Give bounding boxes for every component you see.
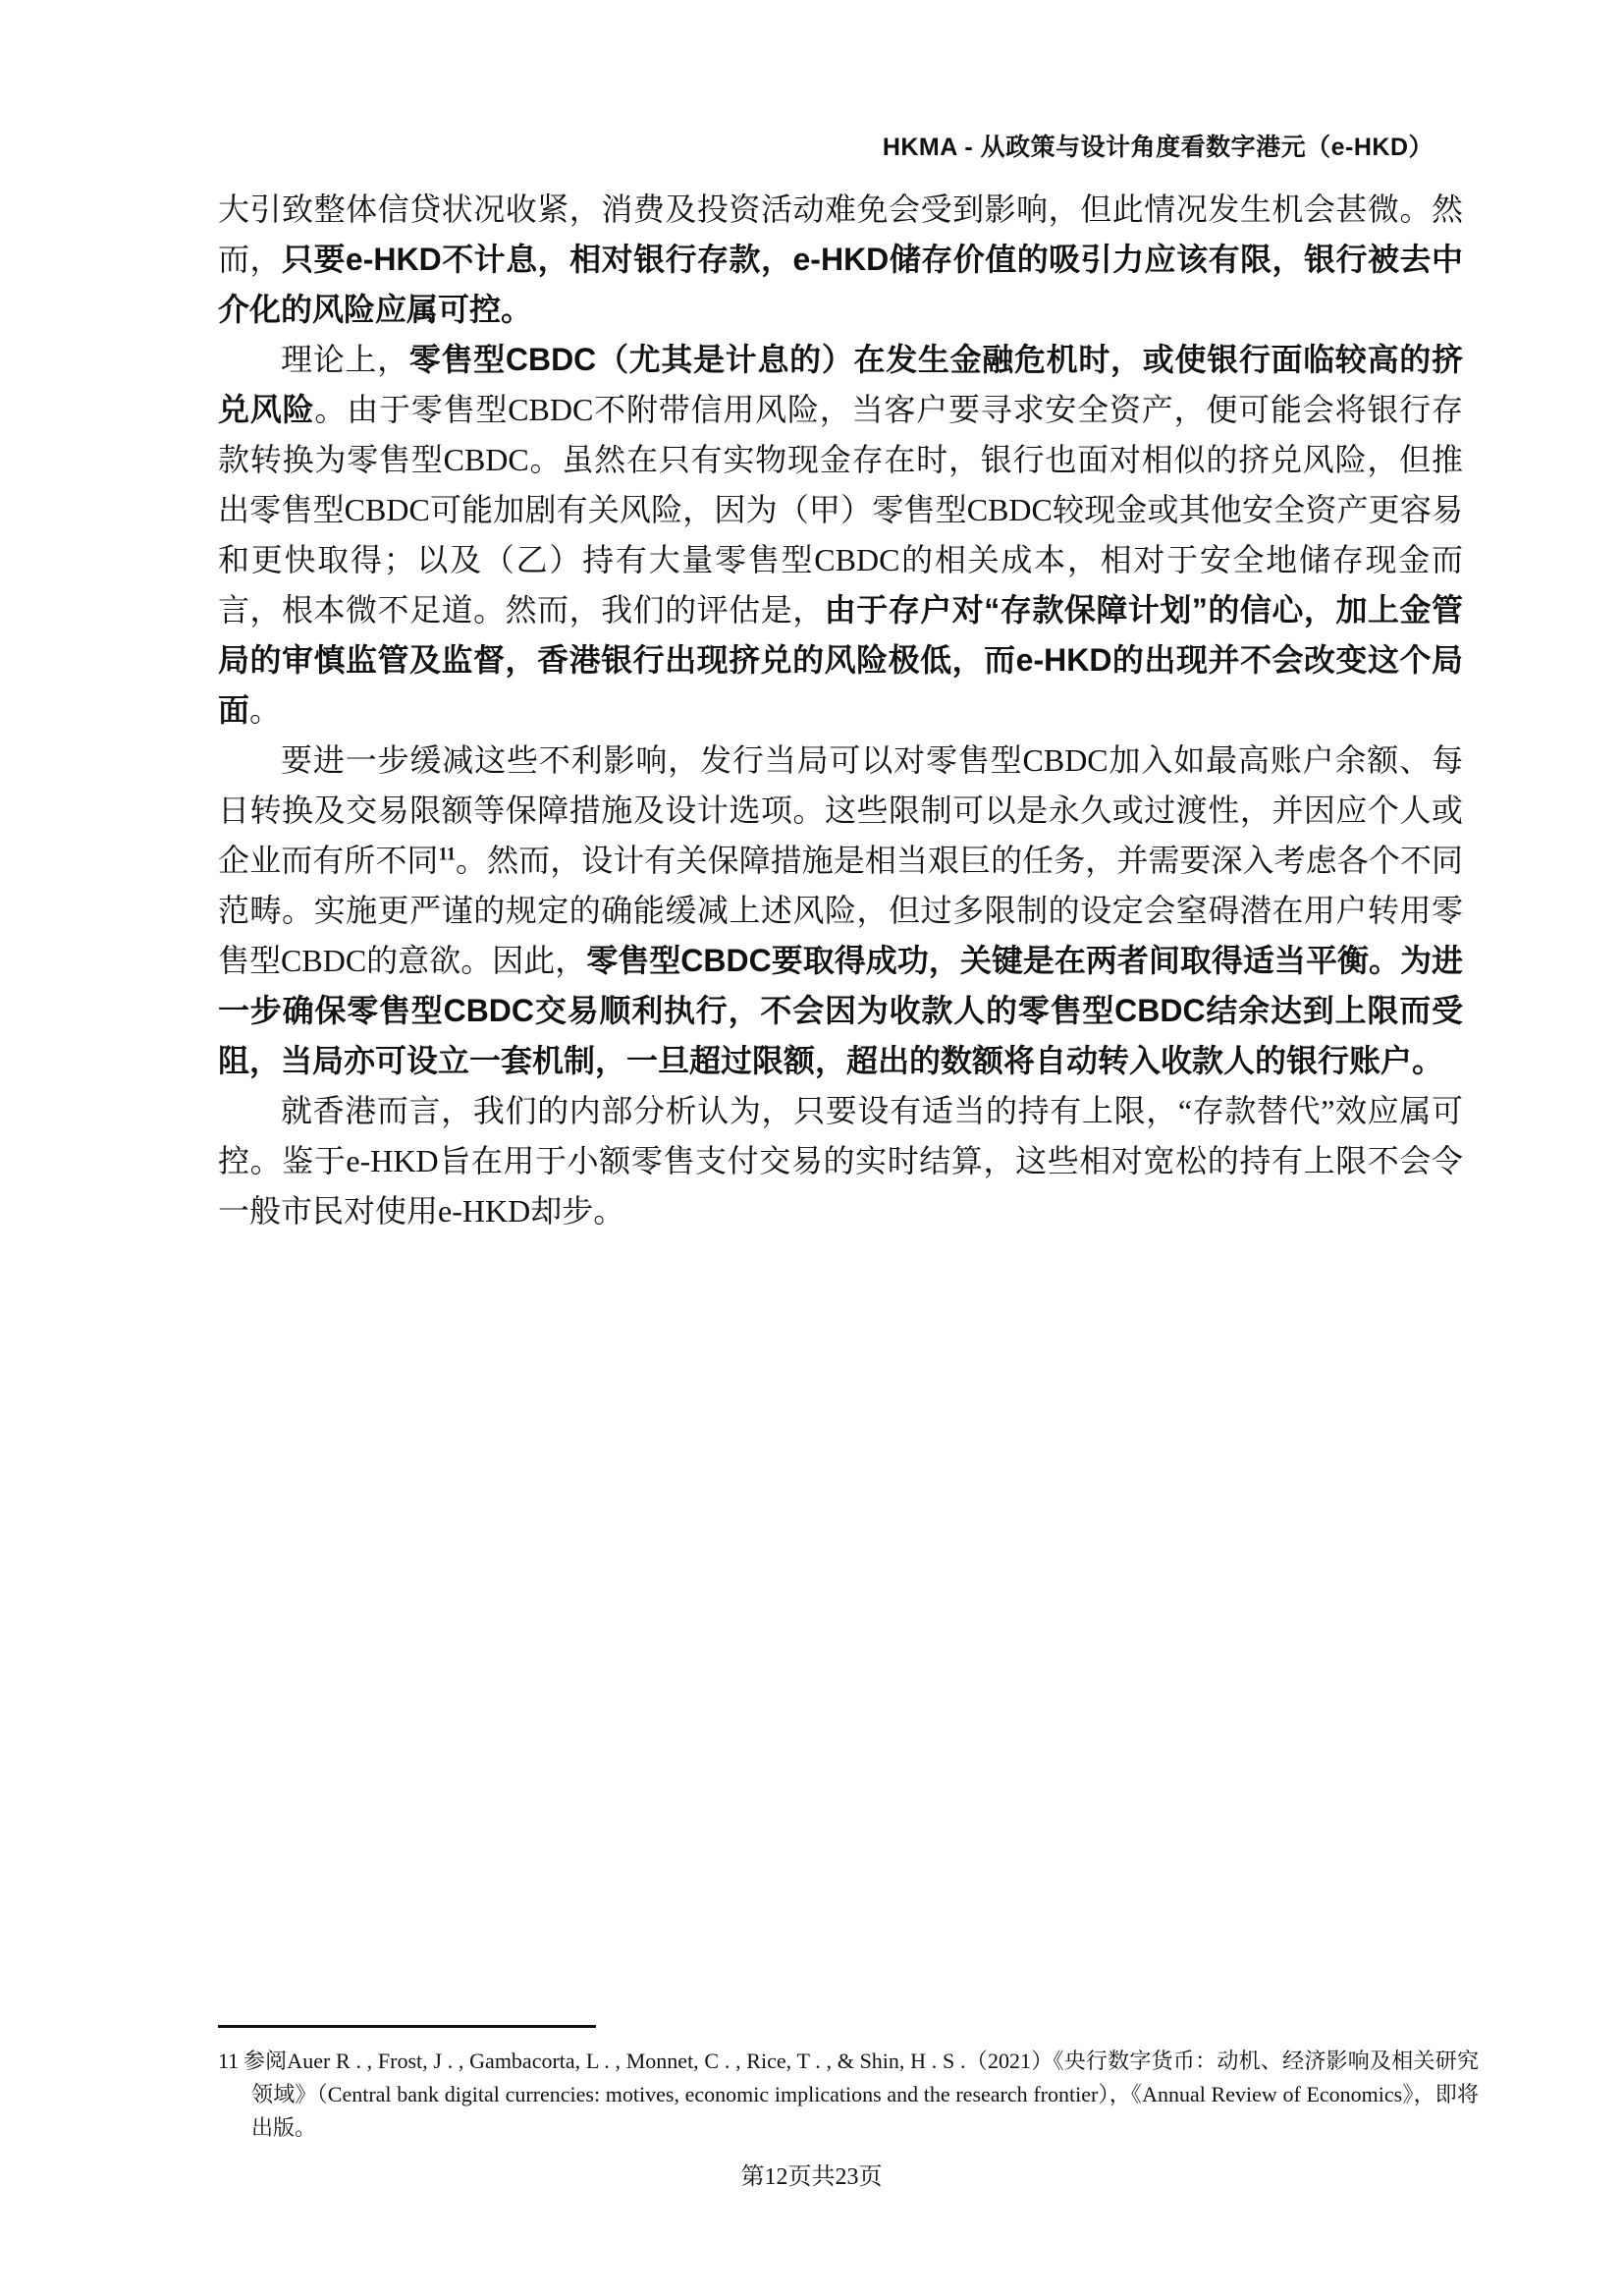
footnote: 11 参阅Auer R . , Frost, J . , Gambacorta,… (218, 2045, 1479, 2145)
document-page: HKMA - 从政策与设计角度看数字港元（e-HKD） 大引致整体信贷状况收紧，… (0, 0, 1623, 2296)
paragraph: 要进一步缓减这些不利影响，发行当局可以对零售型CBDC加入如最高账户余额、每日转… (218, 736, 1463, 1086)
document-header-title: HKMA - 从政策与设计角度看数字港元（e-HKD） (883, 128, 1434, 163)
footnote-text: 参阅Auer R . , Frost, J . , Gambacorta, L … (243, 2049, 1479, 2140)
text-run: 。 (249, 692, 281, 728)
text-run: 就香港而言，我们的内部分析认为，只要设有适当的持有上限，“存款替代”效应属可控。… (218, 1093, 1463, 1229)
footnote-separator (218, 2025, 596, 2028)
paragraph: 就香港而言，我们的内部分析认为，只要设有适当的持有上限，“存款替代”效应属可控。… (218, 1086, 1463, 1236)
body-text: 大引致整体信贷状况收紧，消费及投资活动难免会受到影响，但此情况发生机会甚微。然而… (218, 185, 1463, 1236)
footnote-reference: 11 (438, 844, 456, 864)
footnote-marker: 11 (218, 2049, 239, 2073)
paragraph: 理论上，零售型CBDC（尤其是计息的）在发生金融危机时，或使银行面临较高的挤兑风… (218, 335, 1463, 736)
paragraph: 大引致整体信贷状况收紧，消费及投资活动难免会受到影响，但此情况发生机会甚微。然而… (218, 185, 1463, 335)
text-run: 理论上， (281, 342, 409, 377)
bold-text-run: 只要e-HKD不计息，相对银行存款，e-HKD储存价值的吸引力应该有限，银行被去… (218, 242, 1463, 327)
page-number: 第12页共23页 (0, 2157, 1623, 2191)
